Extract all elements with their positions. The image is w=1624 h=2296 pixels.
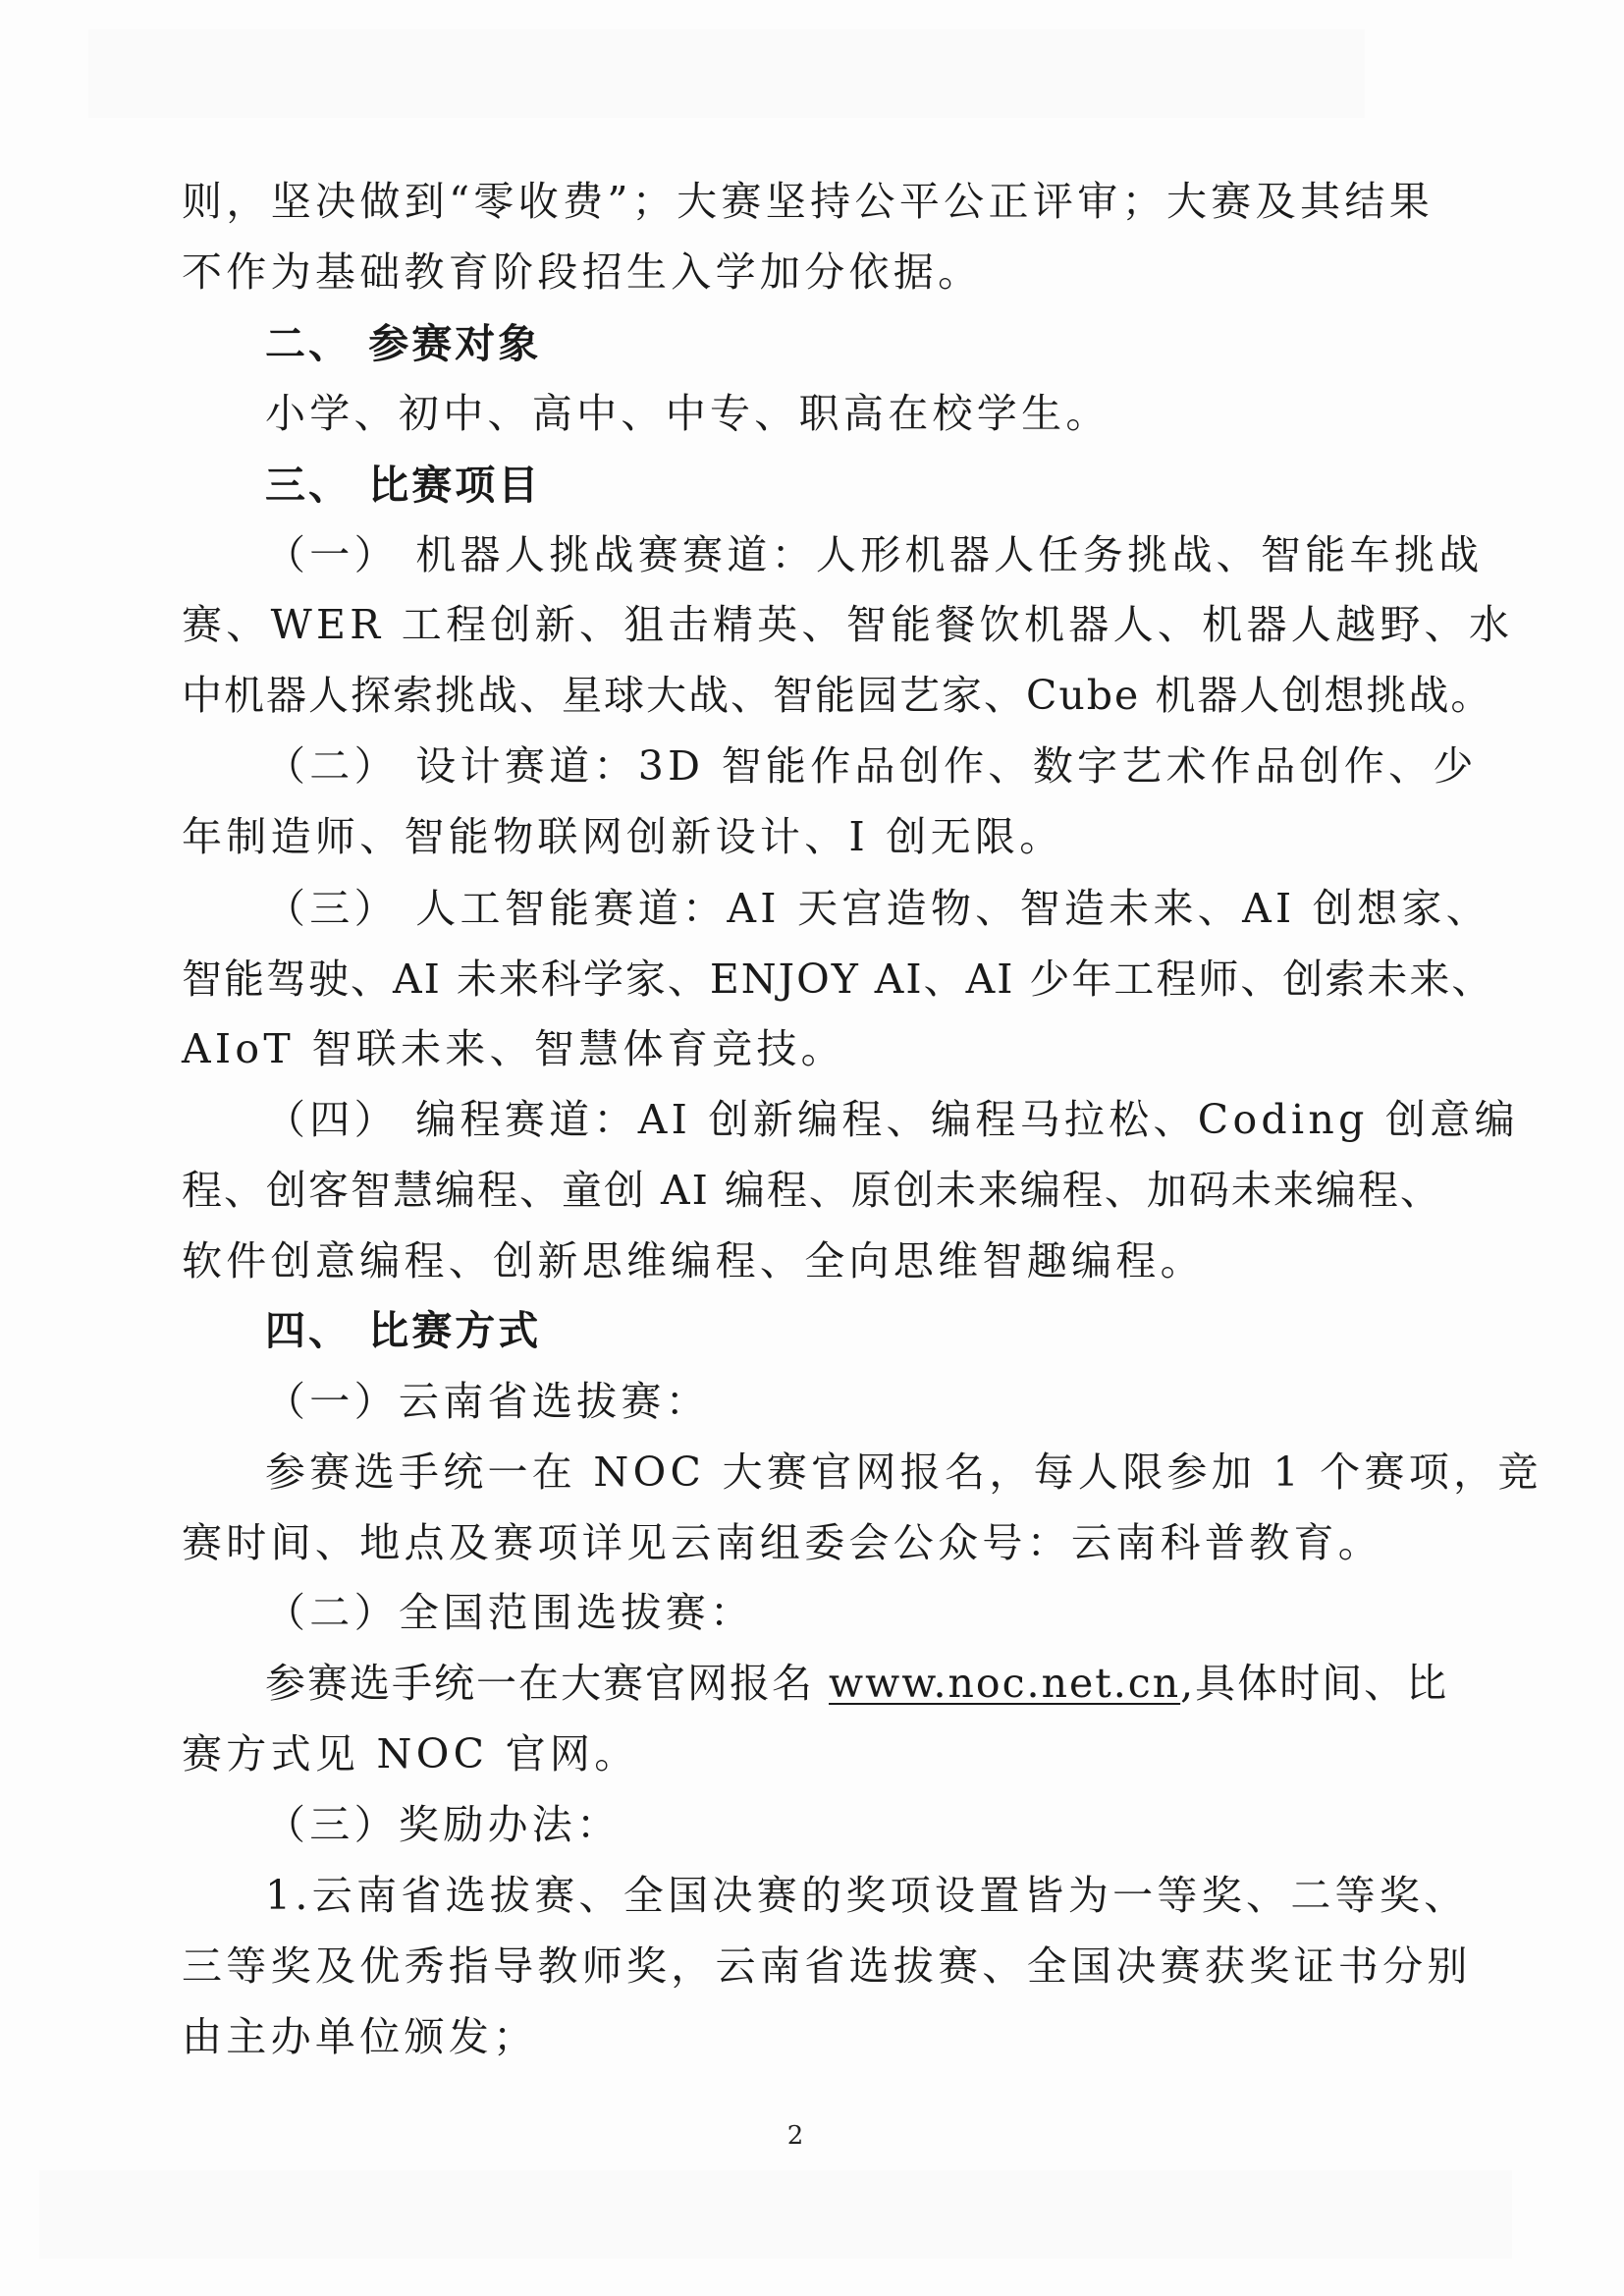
paragraph-line-with-link: 参赛选手统一在大赛官网报名 www.noc.net.cn,具体时间、比 (265, 1654, 1434, 1713)
paragraph-line: 由主办单位颁发； (182, 2007, 1434, 2066)
noc-website-link[interactable]: www.noc.net.cn (829, 1660, 1180, 1707)
paragraph-line: 三等奖及优秀指导教师奖，云南省选拔赛、全国决赛获奖证书分别 (182, 1937, 1434, 1995)
link-prefix-text: 参赛选手统一在大赛官网报名 (265, 1660, 829, 1707)
paragraph-line: （一）云南省选拔赛： (265, 1372, 1434, 1431)
paragraph-line: AIoT 智联未来、智慧体育竞技。 (182, 1019, 1434, 1078)
paragraph-line: 参赛选手统一在 NOC 大赛官网报名，每人限参加 1 个赛项，竞 (265, 1443, 1434, 1502)
paragraph-line: 程、创客智慧编程、童创 AI 编程、原创未来编程、加码未来编程、 (182, 1161, 1434, 1220)
paragraph-line: 年制造师、智能物联网创新设计、I 创无限。 (182, 807, 1434, 866)
paragraph-line: 则，坚决做到“零收费”；大赛坚持公平公正评审；大赛及其结果 (182, 172, 1434, 231)
section-heading-participants: 二、 参赛对象 (265, 314, 1434, 373)
scan-bleed-top (88, 29, 1365, 118)
paragraph-line: 中机器人探索挑战、星球大战、智能园艺家、Cube 机器人创想挑战。 (182, 666, 1434, 725)
paragraph-line: 智能驾驶、AI 未来科学家、ENJOY AI、AI 少年工程师、创索未来、 (182, 950, 1434, 1009)
document-page: 则，坚决做到“零收费”；大赛坚持公平公正评审；大赛及其结果 不作为基础教育阶段招… (0, 0, 1624, 2296)
paragraph-line: 赛、WER 工程创新、狙击精英、智能餐饮机器人、机器人越野、水 (182, 595, 1434, 654)
paragraph-line: 小学、初中、高中、中专、职高在校学生。 (265, 384, 1434, 443)
page-number: 2 (776, 2121, 815, 2151)
paragraph-line: （三） 人工智能赛道：AI 天宫造物、智造未来、AI 创想家、 (265, 879, 1434, 938)
section-heading-events: 三、 比赛项目 (265, 456, 1434, 515)
paragraph-line: （三）奖励办法： (265, 1795, 1434, 1854)
paragraph-line: （二） 设计赛道：3D 智能作品创作、数字艺术作品创作、少 (265, 737, 1434, 795)
paragraph-line: 1.云南省选拔赛、全国决赛的奖项设置皆为一等奖、二等奖、 (265, 1866, 1434, 1925)
paragraph-line: 不作为基础教育阶段招生入学加分依据。 (182, 243, 1434, 301)
paragraph-line: （二）全国范围选拔赛： (265, 1583, 1434, 1642)
paragraph-line: 软件创意编程、创新思维编程、全向思维智趣编程。 (182, 1231, 1434, 1290)
link-suffix-text: ,具体时间、比 (1180, 1660, 1448, 1707)
section-heading-format: 四、 比赛方式 (265, 1301, 1434, 1360)
paragraph-line: （一） 机器人挑战赛赛道：人形机器人任务挑战、智能车挑战 (265, 525, 1434, 584)
scan-bleed-bottom (39, 2170, 1512, 2259)
paragraph-line: 赛时间、地点及赛项详见云南组委会公众号：云南科普教育。 (182, 1513, 1434, 1572)
paragraph-line: 赛方式见 NOC 官网。 (182, 1724, 1434, 1783)
paragraph-line: （四） 编程赛道：AI 创新编程、编程马拉松、Coding 创意编 (265, 1090, 1434, 1149)
